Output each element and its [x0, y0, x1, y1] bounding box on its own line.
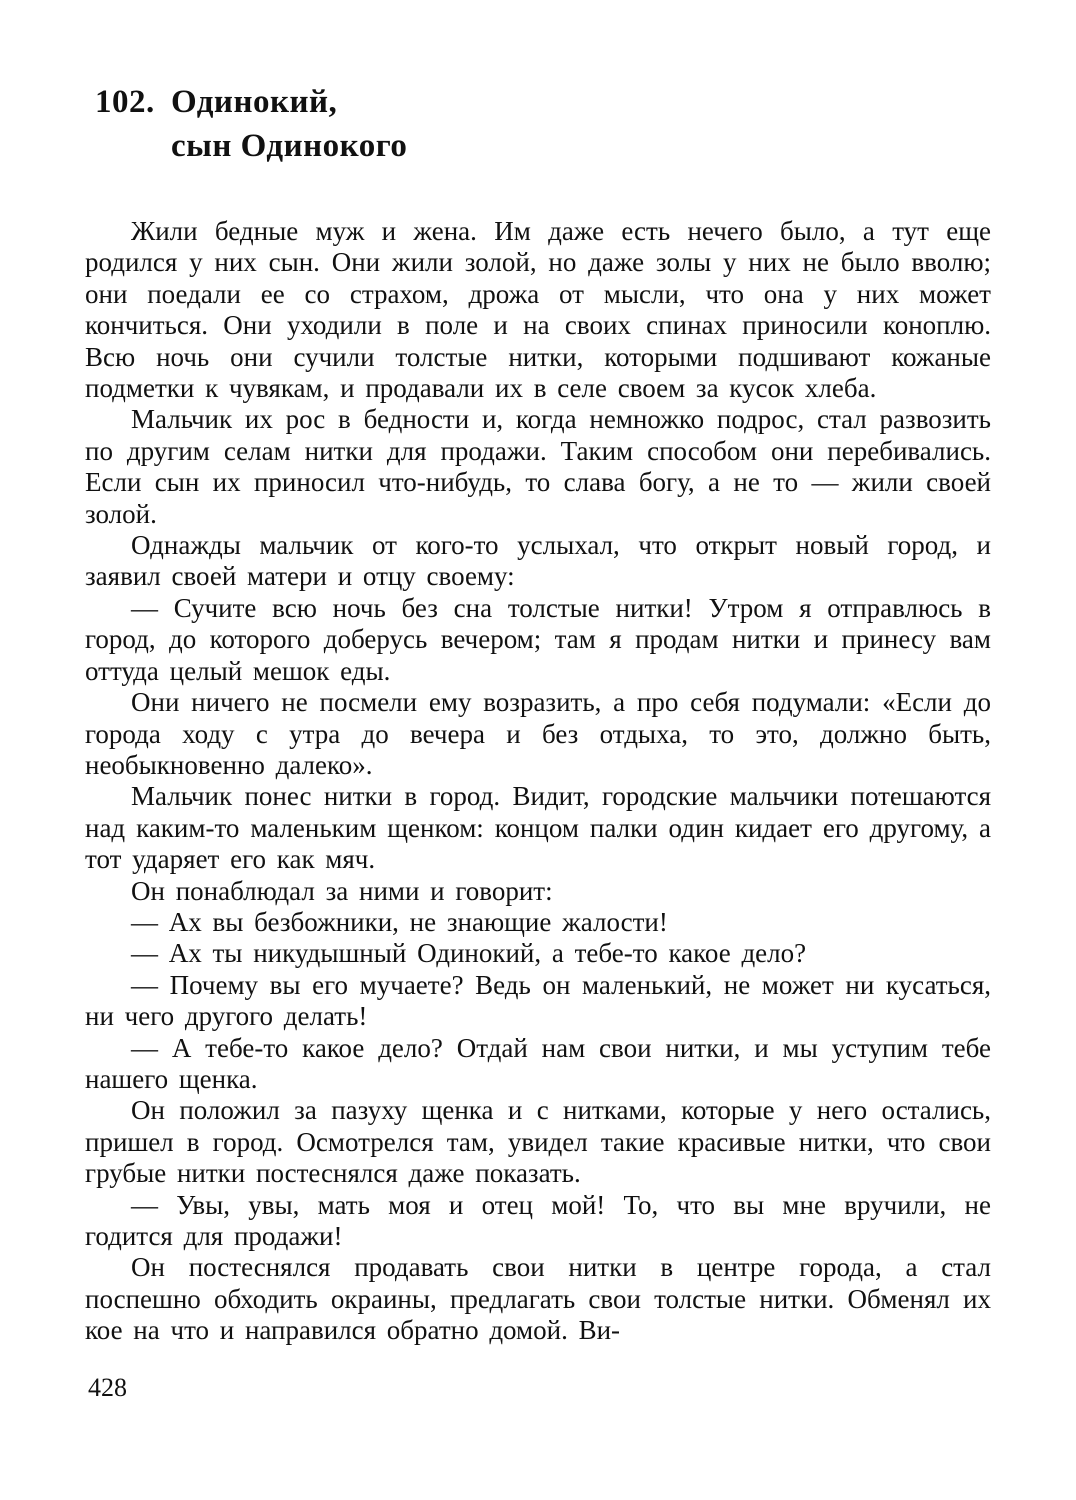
book-scan-page: 102. Одинокий, сын Одинокого Жили бедные…	[0, 0, 1076, 1500]
story-body: Жили бедные муж и жена. Им даже есть неч…	[85, 216, 991, 1347]
story-paragraph: Однажды мальчик от кого-то услыхал, что …	[85, 530, 991, 593]
story-title: Одинокий, сын Одинокого	[171, 80, 991, 168]
story-paragraph: Он положил за пазуху щенка и с нитками, …	[85, 1095, 991, 1189]
page-number: 428	[88, 1373, 991, 1403]
story-title-line-2: сын Одинокого	[171, 124, 991, 168]
story-paragraph: — Ах ты никудышный Одинокий, а тебе-то к…	[85, 938, 991, 969]
story-number: 102.	[85, 80, 171, 124]
page-content: 102. Одинокий, сын Одинокого Жили бедные…	[85, 80, 991, 1403]
story-paragraph: — Почему вы его мучаете? Ведь он маленьк…	[85, 970, 991, 1033]
story-title-line-1: Одинокий,	[171, 80, 991, 124]
story-paragraph: Жили бедные муж и жена. Им даже есть неч…	[85, 216, 991, 404]
story-header: 102. Одинокий, сын Одинокого	[85, 80, 991, 168]
story-paragraph: Мальчик понес нитки в город. Видит, горо…	[85, 781, 991, 875]
story-paragraph: Мальчик их рос в бедности и, когда немно…	[85, 404, 991, 530]
story-paragraph: Он понаблюдал за ними и говорит:	[85, 876, 991, 907]
story-paragraph: — Увы, увы, мать моя и отец мой! То, что…	[85, 1190, 991, 1253]
story-paragraph: — Сучите всю ночь без сна толстые нитки!…	[85, 593, 991, 687]
story-paragraph: Они ничего не посмели ему возразить, а п…	[85, 687, 991, 781]
story-paragraph: Он постеснялся продавать свои нитки в це…	[85, 1252, 991, 1346]
story-paragraph: — А тебе-то какое дело? Отдай нам свои н…	[85, 1033, 991, 1096]
story-paragraph: — Ах вы безбожники, не знающие жалости!	[85, 907, 991, 938]
